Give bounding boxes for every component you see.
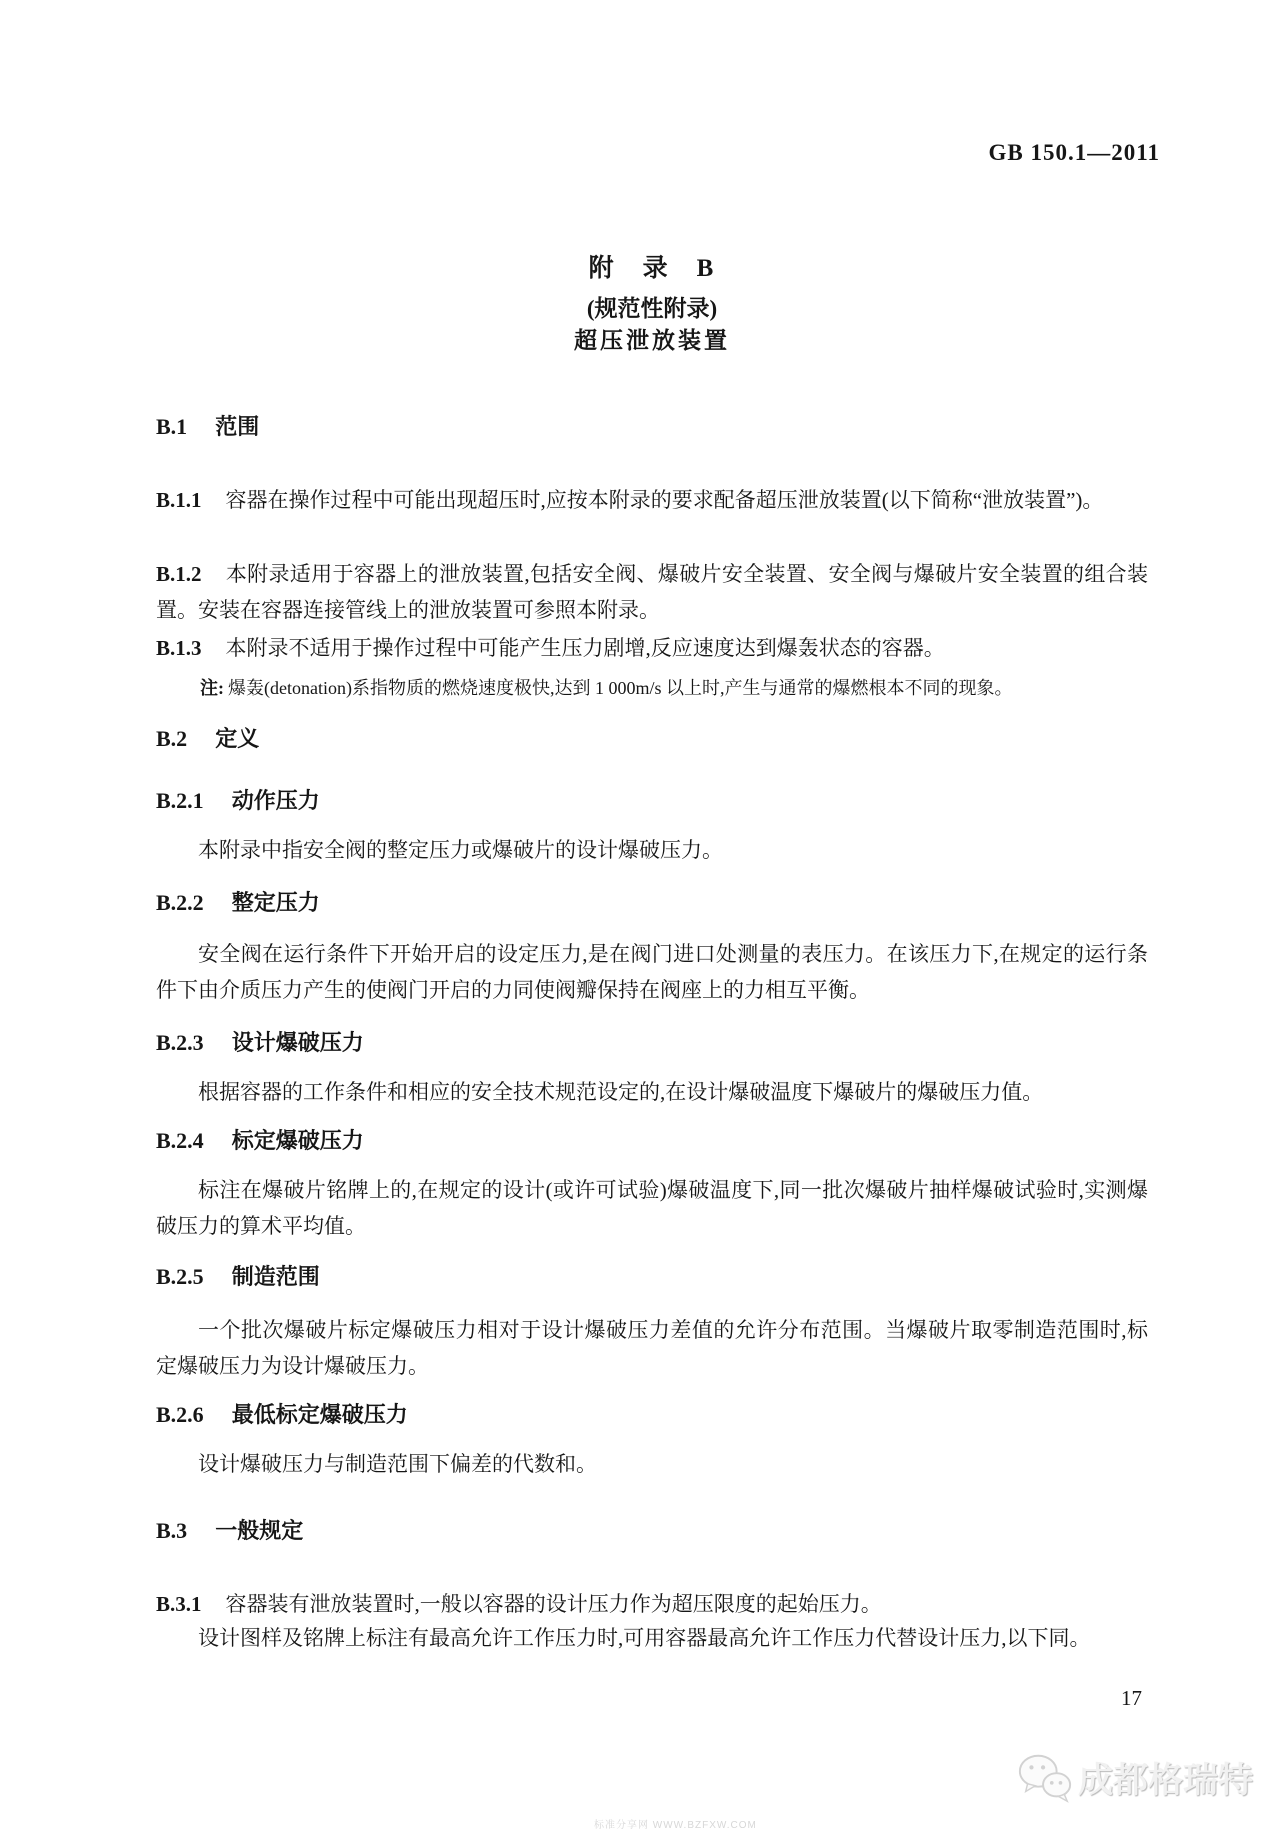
brand-watermark: 成都格瑞特 <box>1016 1752 1253 1804</box>
paragraph-b26: 设计爆破压力与制造范围下偏差的代数和。 <box>156 1446 1148 1482</box>
heading-number: B.2.6 <box>156 1402 204 1427</box>
heading-title: 标定爆破压力 <box>232 1128 364 1153</box>
note-label: 注: <box>200 678 228 698</box>
clause-text: 容器装有泄放装置时,一般以容器的设计压力作为超压限度的起始压力。 <box>226 1592 882 1616</box>
heading-title: 设计爆破压力 <box>232 1030 364 1055</box>
heading-number: B.2.2 <box>156 890 204 915</box>
clause-b11: B.1.1容器在操作过程中可能出现超压时,应按本附录的要求配备超压泄放装置(以下… <box>156 482 1148 518</box>
paragraph-b25: 一个批次爆破片标定爆破压力相对于设计爆破压力差值的允许分布范围。当爆破片取零制造… <box>156 1312 1148 1384</box>
heading-number: B.3 <box>156 1518 187 1543</box>
heading-title: 整定压力 <box>232 890 320 915</box>
clause-text: 容器在操作过程中可能出现超压时,应按本附录的要求配备超压泄放装置(以下简称“泄放… <box>226 488 1104 512</box>
heading-b25: B.2.5制造范围 <box>156 1260 1148 1291</box>
heading-b23: B.2.3设计爆破压力 <box>156 1026 1148 1057</box>
clause-b12: B.1.2本附录适用于容器上的泄放装置,包括安全阀、爆破片安全装置、安全阀与爆破… <box>156 556 1148 628</box>
appendix-title: 附 录 B <box>156 248 1148 284</box>
standard-number: GB 150.1—2011 <box>989 140 1160 166</box>
heading-b3: B.3一般规定 <box>156 1514 1148 1545</box>
appendix-name: 超压泄放装置 <box>156 322 1148 355</box>
heading-b26: B.2.6最低标定爆破压力 <box>156 1398 1148 1429</box>
clause-number: B.1.2 <box>156 562 226 586</box>
heading-title: 最低标定爆破压力 <box>232 1402 408 1427</box>
heading-number: B.2 <box>156 726 187 751</box>
clause-number: B.1.3 <box>156 636 226 660</box>
heading-title: 一般规定 <box>215 1518 303 1543</box>
heading-title: 动作压力 <box>232 788 320 813</box>
clause-text: 本附录适用于容器上的泄放装置,包括安全阀、爆破片安全装置、安全阀与爆破片安全装置… <box>156 562 1148 622</box>
heading-title: 定义 <box>215 726 259 751</box>
heading-b24: B.2.4标定爆破压力 <box>156 1124 1148 1155</box>
page-number: 17 <box>1121 1686 1142 1711</box>
heading-title: 范围 <box>215 414 259 439</box>
heading-number: B.2.5 <box>156 1264 204 1289</box>
clause-b31: B.3.1容器装有泄放装置时,一般以容器的设计压力作为超压限度的起始压力。 <box>156 1586 1148 1622</box>
document-page: GB 150.1—2011 附 录 B (规范性附录) 超压泄放装置 B.1范围… <box>0 0 1280 1832</box>
appendix-subtitle: (规范性附录) <box>156 290 1148 323</box>
brand-name: 成都格瑞特 <box>1078 1753 1253 1803</box>
paragraph-b22: 安全阀在运行条件下开始开启的设定压力,是在阀门进口处测量的表压力。在该压力下,在… <box>156 936 1148 1008</box>
footer-watermark: 标准分享网 WWW.BZFXW.COM <box>594 1816 757 1831</box>
note-text: 爆轰(detonation)系指物质的燃烧速度极快,达到 1 000m/s 以上… <box>228 678 1012 698</box>
note-detonation: 注:爆轰(detonation)系指物质的燃烧速度极快,达到 1 000m/s … <box>200 676 1144 701</box>
heading-number: B.2.1 <box>156 788 204 813</box>
clause-number: B.1.1 <box>156 488 226 512</box>
heading-title: 制造范围 <box>232 1264 320 1289</box>
heading-number: B.1 <box>156 414 187 439</box>
clause-b13: B.1.3本附录不适用于操作过程中可能产生压力剧增,反应速度达到爆轰状态的容器。 <box>156 630 1148 666</box>
paragraph-b21: 本附录中指安全阀的整定压力或爆破片的设计爆破压力。 <box>156 832 1148 868</box>
clause-number: B.3.1 <box>156 1592 226 1616</box>
paragraph-b24: 标注在爆破片铭牌上的,在规定的设计(或许可试验)爆破温度下,同一批次爆破片抽样爆… <box>156 1172 1148 1244</box>
wechat-icon <box>1016 1752 1074 1804</box>
heading-number: B.2.4 <box>156 1128 204 1153</box>
heading-number: B.2.3 <box>156 1030 204 1055</box>
paragraph-b23: 根据容器的工作条件和相应的安全技术规范设定的,在设计爆破温度下爆破片的爆破压力值… <box>156 1074 1148 1110</box>
paragraph-b31: 设计图样及铭牌上标注有最高允许工作压力时,可用容器最高允许工作压力代替设计压力,… <box>156 1620 1148 1656</box>
heading-b22: B.2.2整定压力 <box>156 886 1148 917</box>
clause-text: 本附录不适用于操作过程中可能产生压力剧增,反应速度达到爆轰状态的容器。 <box>226 636 945 660</box>
heading-b2: B.2定义 <box>156 722 1148 753</box>
heading-b21: B.2.1动作压力 <box>156 784 1148 815</box>
heading-b1: B.1范围 <box>156 410 1148 441</box>
